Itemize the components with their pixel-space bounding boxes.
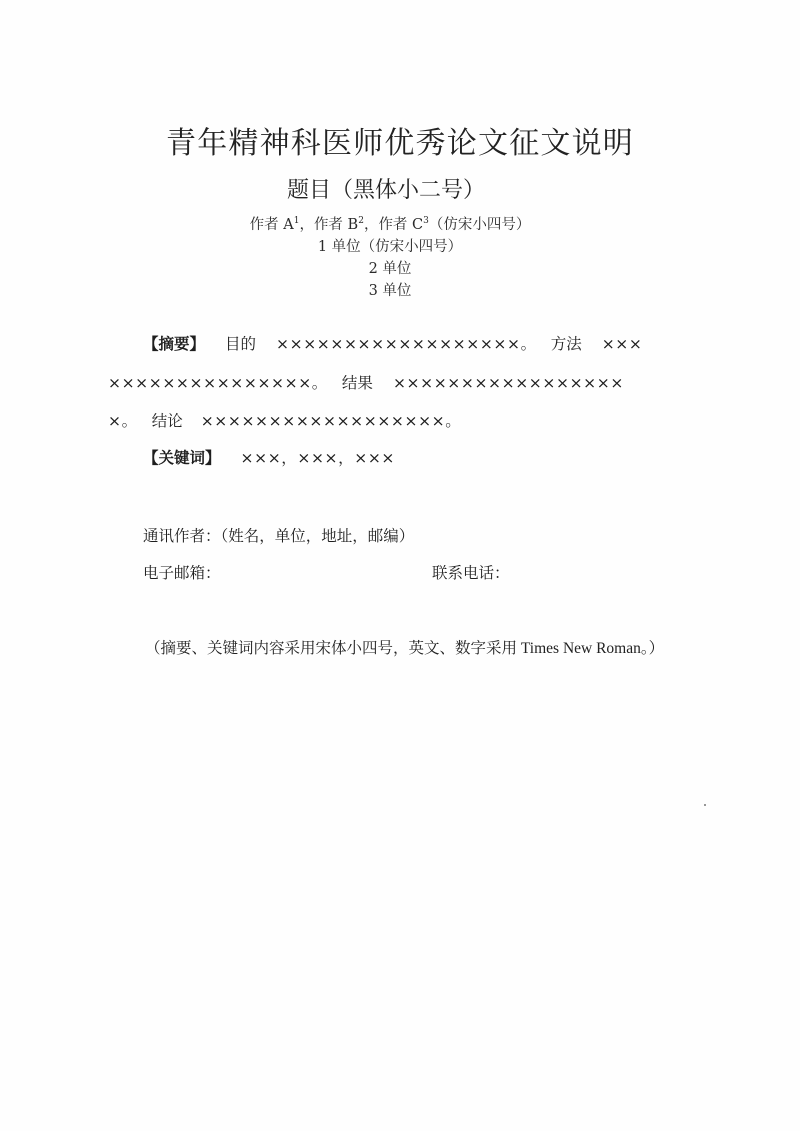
author-format-note: （仿宋小四号） <box>429 217 531 233</box>
author-c: 作者 C <box>378 217 423 233</box>
keywords-label: 【关键词】 <box>143 448 221 467</box>
conclusion-text: ××××××××××××××××××。 <box>201 412 462 430</box>
separator: ， <box>364 217 379 233</box>
methods-text-cont: ×××××××××××××××。 <box>108 374 328 392</box>
results-label: 结果 <box>342 374 373 392</box>
keywords-text: ×××，×××，××× <box>241 449 396 467</box>
objective-label: 目的 <box>225 335 256 353</box>
methods-text-start: ××× <box>602 335 643 353</box>
document-page: 青年精神科医师优秀论文征文说明 题目（黑体小二号） 作者 A1，作者 B2，作者… <box>0 0 800 1131</box>
author-a: 作者 A <box>250 217 294 233</box>
objective-text: ××××××××××××××××××。 <box>276 335 537 353</box>
abstract-line-3: ×。结论××××××××××××××××××。 <box>108 409 461 431</box>
affiliation-2: 2 单位 <box>0 257 780 278</box>
abstract-label: 【摘要】 <box>143 334 205 353</box>
results-text-cont: ×。 <box>108 412 138 430</box>
keywords-line: 【关键词】×××，×××，××× <box>143 446 395 468</box>
results-text: ××××××××××××××××× <box>393 374 624 392</box>
author-b: 作者 B <box>314 217 358 233</box>
methods-label: 方法 <box>551 335 582 353</box>
abstract-line-2: ×××××××××××××××。结果××××××××××××××××× <box>108 371 624 393</box>
abstract-line-1: 【摘要】目的××××××××××××××××××。方法××× <box>143 332 642 354</box>
document-title: 青年精神科医师优秀论文征文说明 <box>0 118 800 162</box>
affiliation-1: 1 单位（仿宋小四号） <box>0 235 780 256</box>
scan-speck <box>704 804 706 806</box>
separator: ， <box>299 217 314 233</box>
email-label: 电子邮箱： <box>143 561 221 583</box>
paper-title-placeholder: 题目（黑体小二号） <box>0 173 772 204</box>
conclusion-label: 结论 <box>152 412 183 430</box>
corresponding-author: 通讯作者：（姓名，单位，地址，邮编） <box>143 524 414 546</box>
author-line: 作者 A1，作者 B2，作者 C3（仿宋小四号） <box>0 213 780 234</box>
format-note: （摘要、关键词内容采用宋体小四号，英文、数字采用 Times New Roman… <box>145 636 664 658</box>
affiliation-3: 3 单位 <box>0 279 780 300</box>
phone-label: 联系电话： <box>432 561 510 583</box>
